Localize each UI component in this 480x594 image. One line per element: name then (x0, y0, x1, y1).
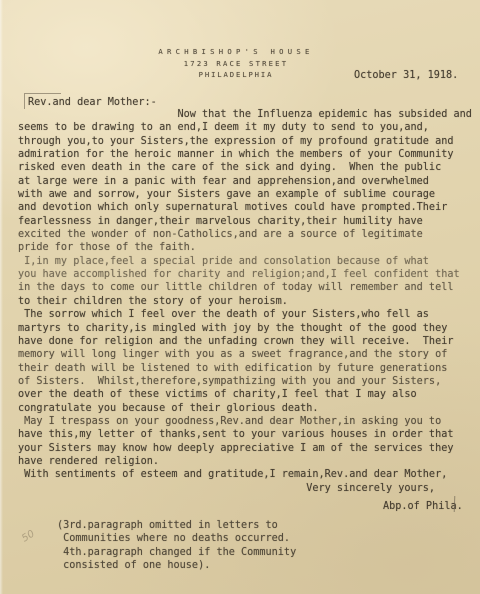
scanned-letter-page: ARCHBISHOP'S HOUSE 1723 RACE STREET PHIL… (0, 0, 480, 594)
letter-date: October 31, 1918. (354, 70, 458, 81)
letter-line: Very sincerely yours, (18, 482, 474, 495)
letter-line: with awe and sorrow, your Sisters gave a… (18, 188, 474, 201)
letter-line: to their children the story of your hero… (18, 295, 474, 308)
footnote-line: Communities where no deaths occurred. (57, 532, 296, 545)
letter-line: have this,my letter of thanks,sent to yo… (18, 428, 474, 441)
letter-line: their death will be listened to with edi… (18, 362, 474, 375)
letter-line: Now that the Influenza epidemic has subs… (18, 108, 474, 121)
letter-line: The sorrow which I feel over the death o… (18, 308, 474, 321)
letter-line: fearlessness in danger,their marvelous c… (18, 215, 474, 228)
footnote-line: consisted of one house). (57, 559, 296, 572)
letter-line: your Sisters may know how deeply appreci… (18, 442, 474, 455)
letter-line: of Sisters. Whilst,therefore,sympathizin… (18, 375, 474, 388)
footnote-line: 4th.paragraph changed if the Community (57, 546, 296, 559)
letter-body: Now that the Influenza epidemic has subs… (18, 108, 474, 495)
footnote-line: (3rd.paragraph omitted in letters to (57, 519, 296, 532)
letter-line: With sentiments of esteem and gratitude,… (18, 468, 474, 481)
letterhead-street: 1723 RACE STREET (0, 58, 476, 70)
letter-line: in the days to come our little children … (18, 281, 474, 294)
letter-line: have done for religion and the unfading … (18, 335, 474, 348)
letter-line: seems to be drawing to an end,I deem it … (18, 121, 474, 134)
letter-line: have rendered religion. (18, 455, 474, 468)
salutation: Rev.and dear Mother:- (28, 97, 157, 108)
letter-line: martyrs to charity,is mingled with joy b… (18, 322, 474, 335)
footnote-block: (3rd.paragraph omitted in letters to Com… (57, 519, 296, 572)
letter-line: congratulate you because of their glorio… (18, 402, 474, 415)
letter-line: and devotion which only supernatural mot… (18, 201, 474, 214)
letter-line: pride for those of the faith. (18, 241, 474, 254)
letter-line: at large were in a panic with fear and a… (18, 175, 474, 188)
letter-line: risked even death in the care of the sic… (18, 161, 474, 174)
letterhead-name: ARCHBISHOP'S HOUSE (0, 46, 476, 58)
letter-line: I,in my place,feel a special pride and c… (18, 255, 474, 268)
margin-pencil-scribble: 50 (20, 528, 37, 544)
letter-line: admiration for the heroic manner in whic… (18, 148, 474, 161)
signature: Abp.of Phila. (383, 501, 463, 512)
letter-line: through you,to your Sisters,the expressi… (18, 135, 474, 148)
letter-line: memory will long linger with you as a sw… (18, 348, 474, 361)
letter-line: over the death of these victims of chari… (18, 388, 474, 401)
letter-line: excited the wonder of non-Catholics,and … (18, 228, 474, 241)
letter-line: May I trespass on your goodness,Rev.and … (18, 415, 474, 428)
letter-line: you have accomplished for charity and re… (18, 268, 474, 281)
